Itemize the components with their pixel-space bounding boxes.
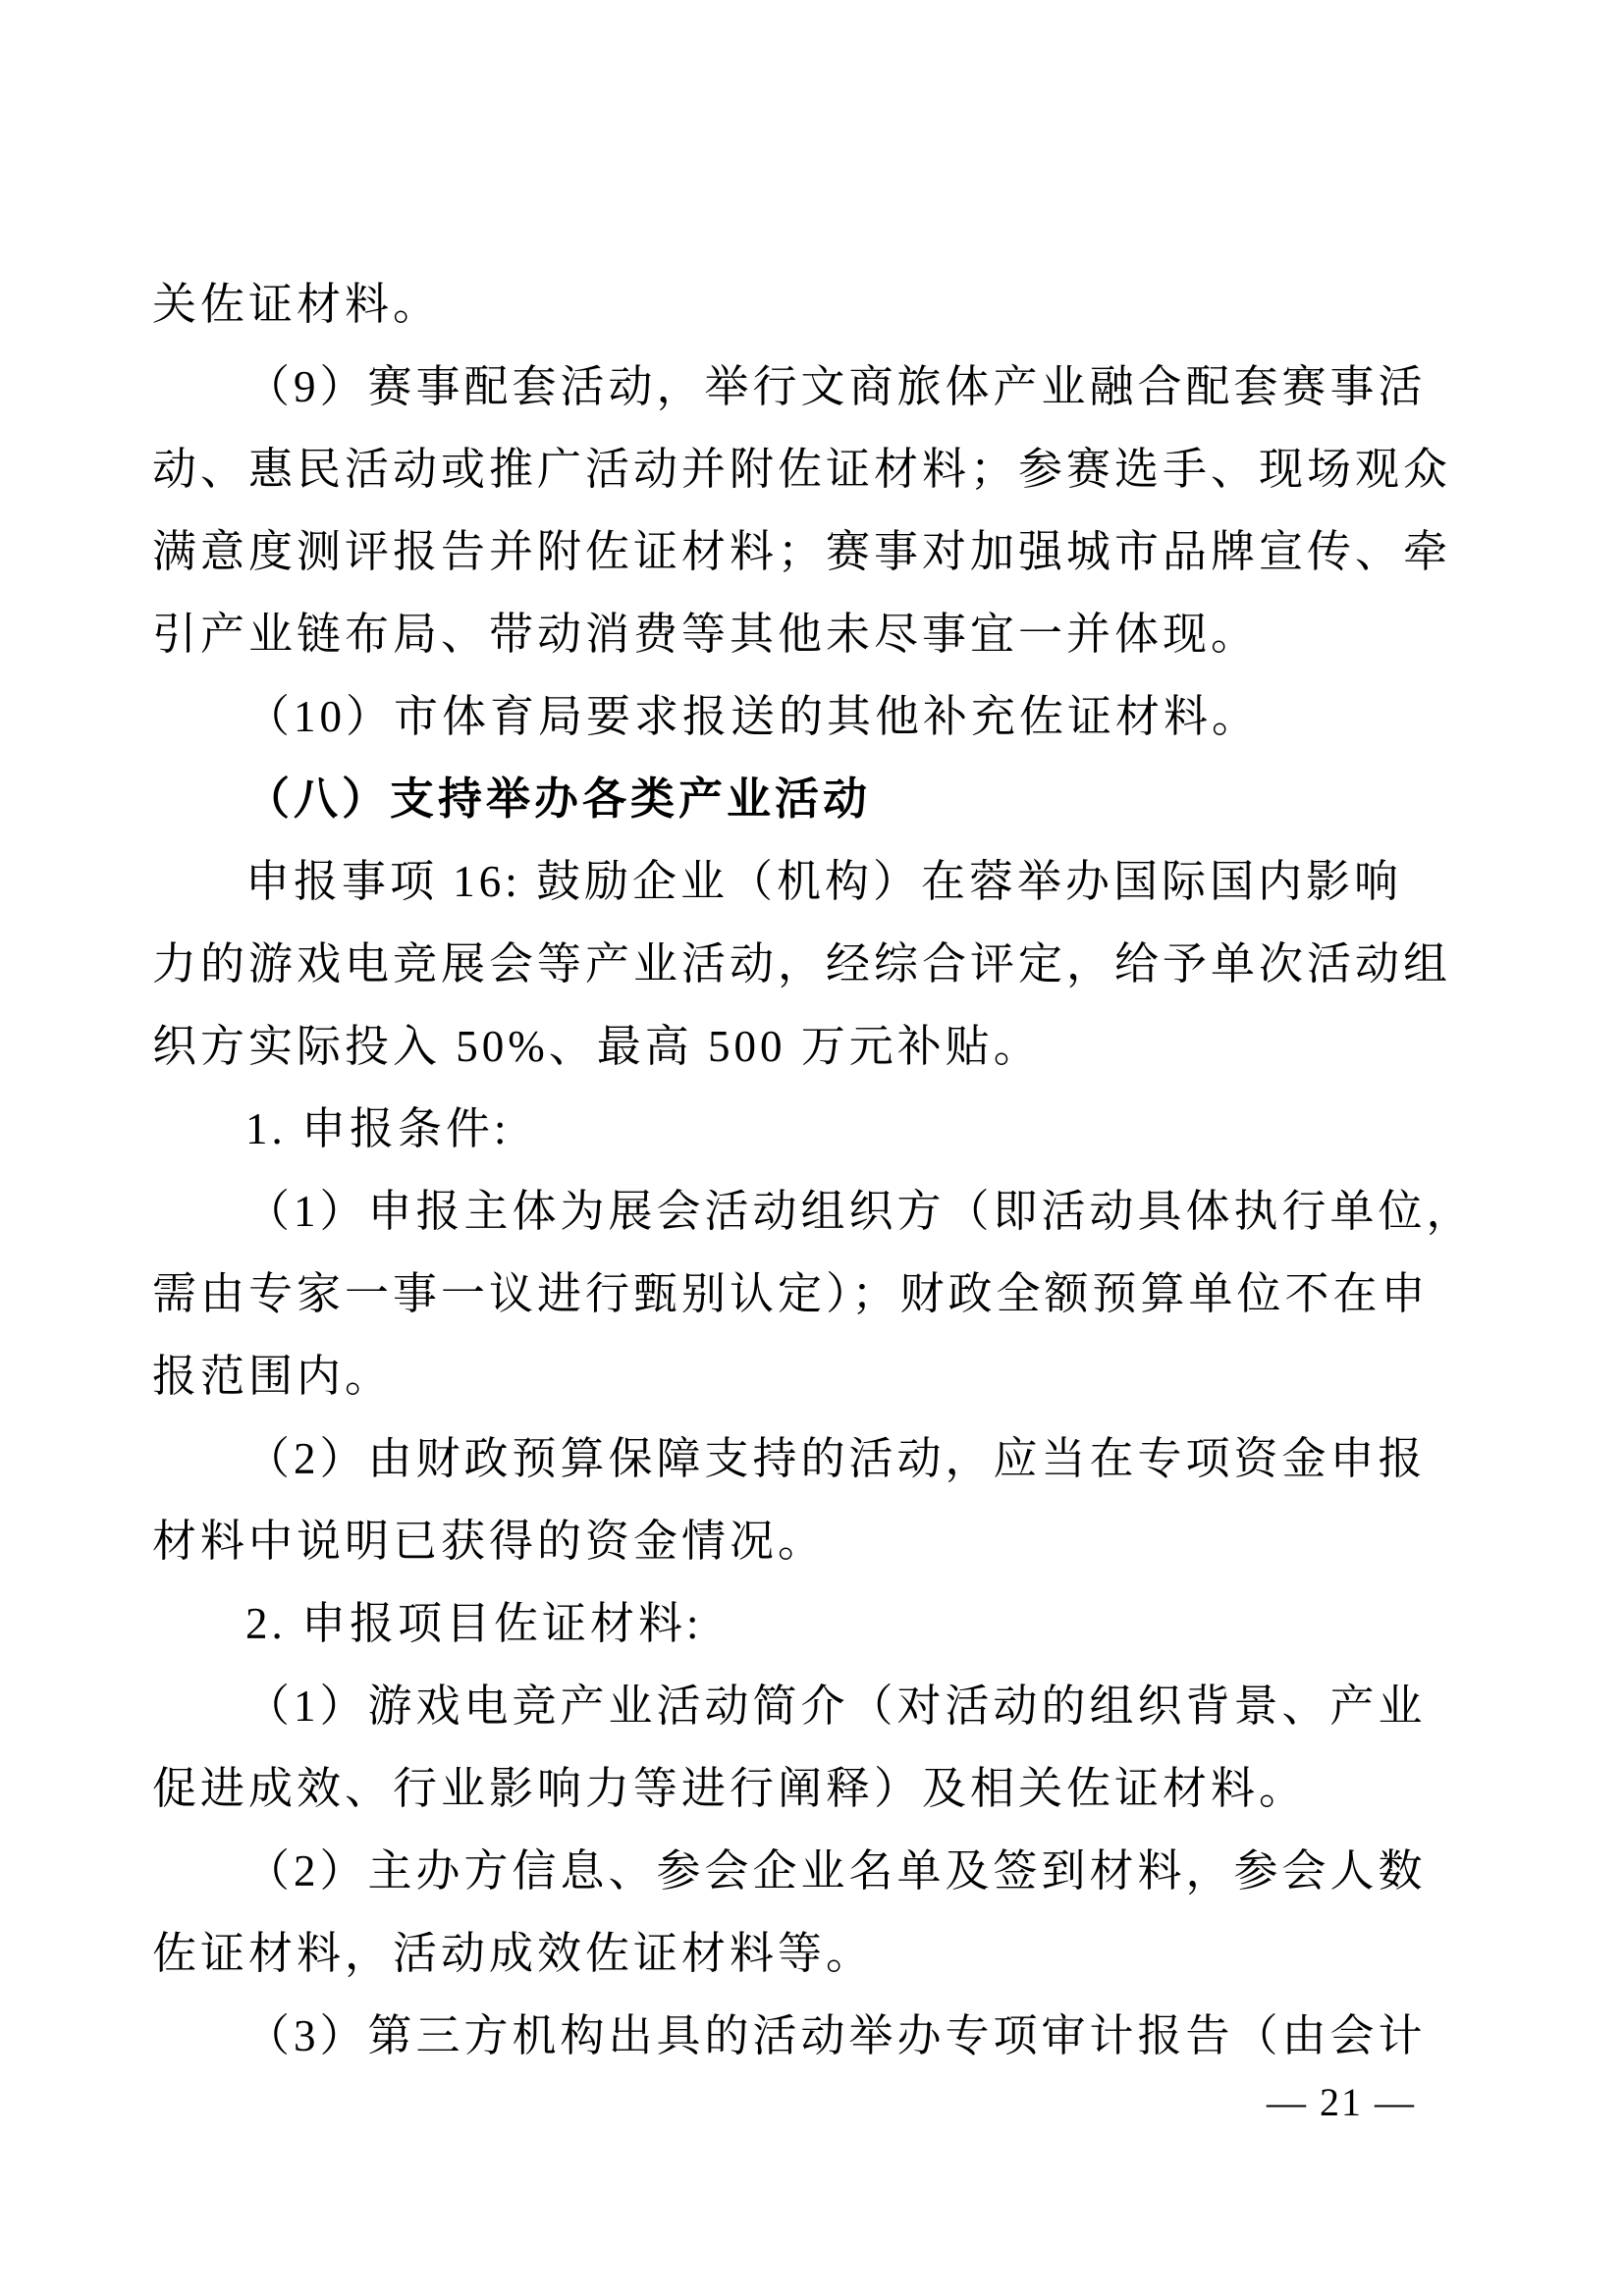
- text-line: 报范围内。: [152, 1335, 1473, 1417]
- text-line: 力的游戏电竞展会等产业活动，经综合评定，给予单次活动组: [152, 923, 1473, 1005]
- text-line: （2）主办方信息、参会企业名单及签到材料，参会人数: [152, 1830, 1473, 1912]
- text-line: 2. 申报项目佐证材料:: [152, 1582, 1473, 1665]
- text-line: 促进成效、行业影响力等进行阐释）及相关佐证材料。: [152, 1747, 1473, 1830]
- text-line: 满意度测评报告并附佐证材料；赛事对加强城市品牌宣传、牵: [152, 510, 1473, 593]
- text-line: （1）游戏电竞产业活动简介（对活动的组织背景、产业: [152, 1665, 1473, 1747]
- text-line: 织方实际投入 50%、最高 500 万元补贴。: [152, 1005, 1473, 1088]
- text-line: 佐证材料，活动成效佐证材料等。: [152, 1912, 1473, 1995]
- text-line: （3）第三方机构出具的活动举办专项审计报告（由会计: [152, 1995, 1473, 2077]
- text-line: 引产业链布局、带动消费等其他未尽事宜一并体现。: [152, 593, 1473, 675]
- text-line: 材料中说明已获得的资金情况。: [152, 1500, 1473, 1582]
- text-line: （1）申报主体为展会活动组织方（即活动具体执行单位，: [152, 1170, 1473, 1253]
- text-line: 1. 申报条件:: [152, 1088, 1473, 1170]
- text-line: 关佐证材料。: [152, 263, 1473, 346]
- text-line: 需由专家一事一议进行甄别认定）；财政全额预算单位不在申: [152, 1253, 1473, 1335]
- text-line: （10）市体育局要求报送的其他补充佐证材料。: [152, 675, 1473, 758]
- text-line: 动、惠民活动或推广活动并附佐证材料；参赛选手、现场观众: [152, 428, 1473, 510]
- section-heading: （八）支持举办各类产业活动: [152, 758, 1473, 840]
- text-line: 申报事项 16: 鼓励企业（机构）在蓉举办国际国内影响: [152, 840, 1473, 923]
- text-line: （9）赛事配套活动，举行文商旅体产业融合配套赛事活: [152, 346, 1473, 428]
- text-line: （2）由财政预算保障支持的活动，应当在专项资金申报: [152, 1417, 1473, 1500]
- document-body: 关佐证材料。 （9）赛事配套活动，举行文商旅体产业融合配套赛事活 动、惠民活动或…: [152, 263, 1473, 2077]
- document-page: 关佐证材料。 （9）赛事配套活动，举行文商旅体产业融合配套赛事活 动、惠民活动或…: [0, 0, 1624, 2296]
- page-number: — 21 —: [1267, 2079, 1416, 2125]
